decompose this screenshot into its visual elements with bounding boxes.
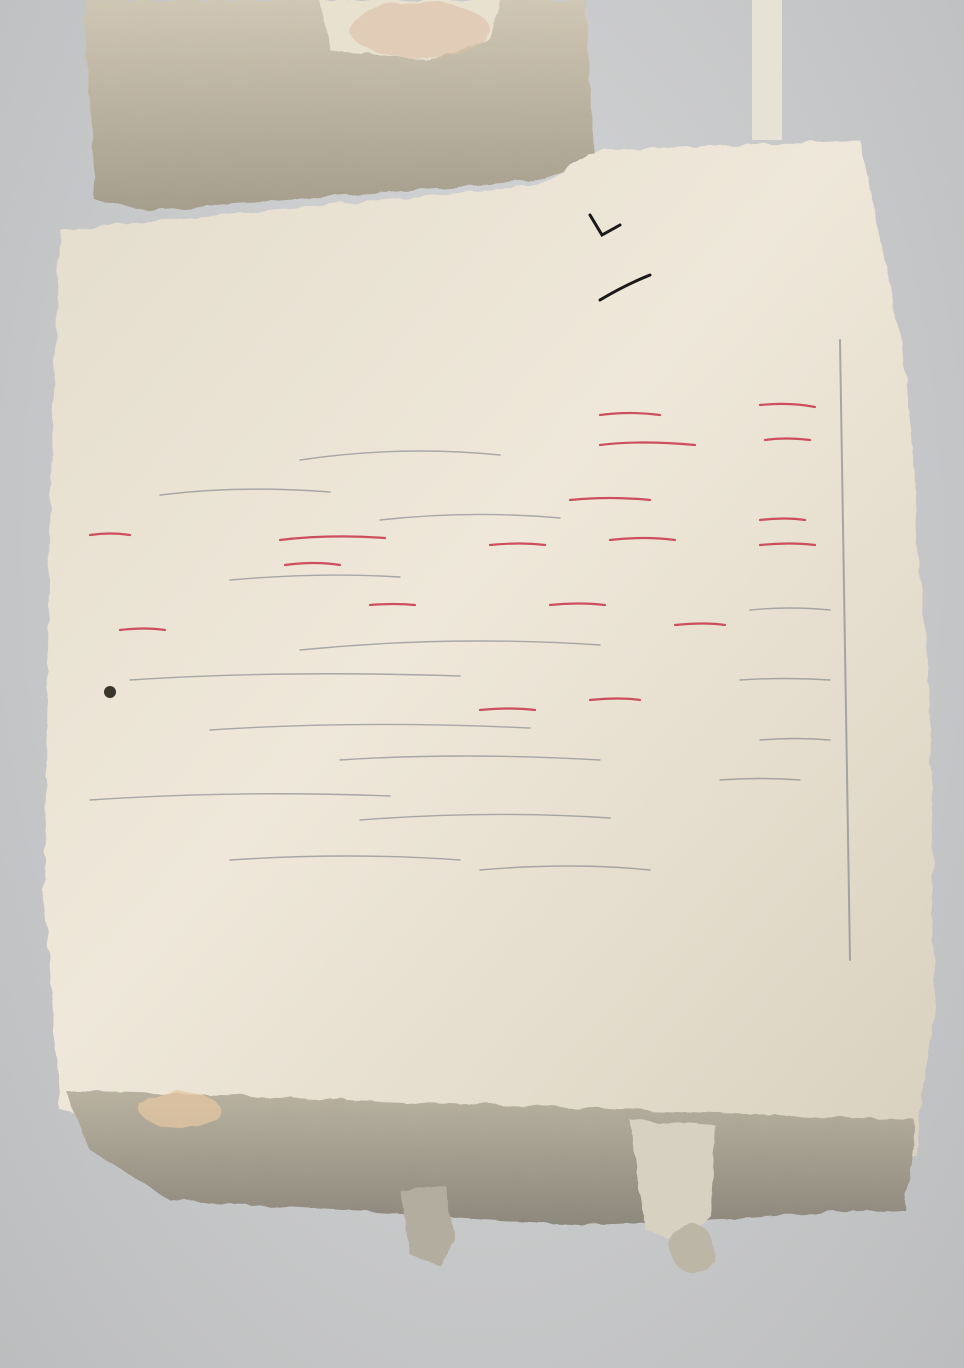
- upper-block: [85, 0, 595, 210]
- main-slab: [45, 140, 935, 1225]
- rod: [752, 0, 782, 140]
- photo-scene: [0, 0, 964, 1368]
- sculpture-illustration: [0, 0, 964, 1368]
- hole: [104, 686, 116, 698]
